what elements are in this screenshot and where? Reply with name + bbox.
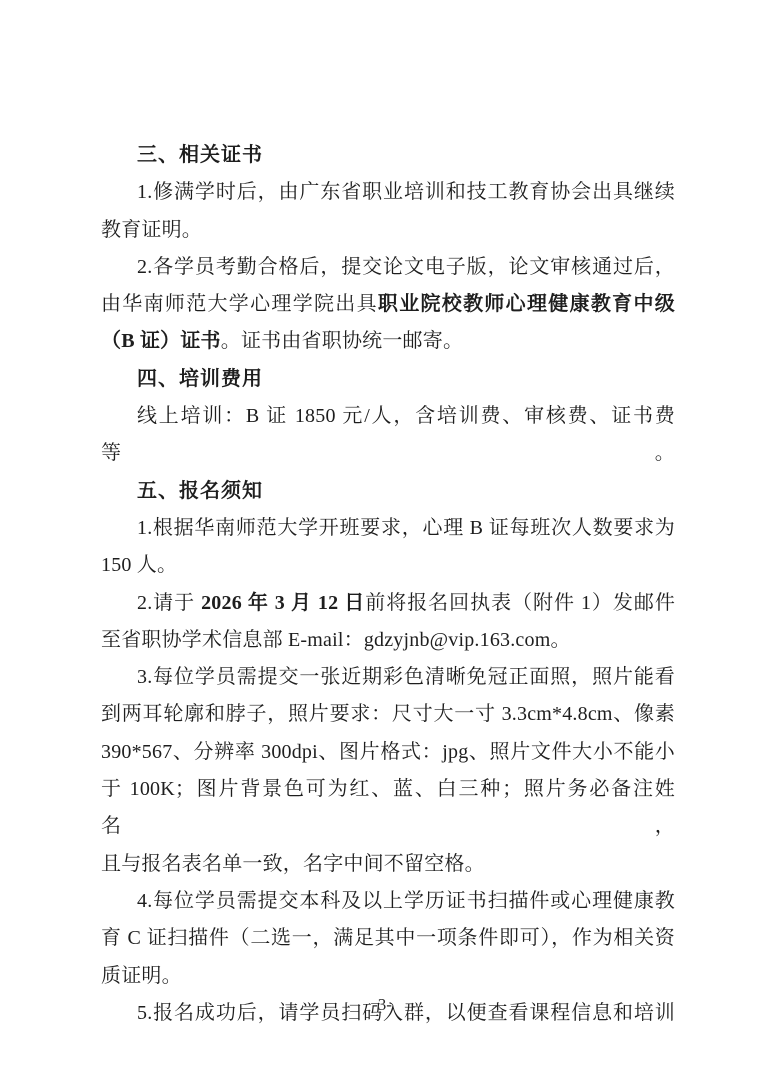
page-number: -3- [0,993,764,1017]
body-text: 150 人。 [101,554,177,576]
text-line: 线上培训：B 证 1850 元/人，含培训费、审核费、证书费等。 [101,398,675,473]
body-text: 且与报名表名单一致，名字中间不留空格。 [101,853,485,875]
text-line: 2.各学员考勤合格后，提交论文电子版，论文审核通过后， [101,249,675,286]
text-line: 教育证明。 [101,212,675,249]
bold-text: 职业院校教师心理健康教育中级 [378,293,675,315]
text-line: 质证明。 [101,958,675,995]
body-text: 1.修满学时后，由广东省职业培训和技工教育协会出具继续 [137,181,675,203]
text-line: 到两耳轮廓和脖子，照片要求：尺寸大一寸 3.3cm*4.8cm、像素 [101,696,675,733]
body-text: 2.请于 [137,592,201,614]
bold-text: 三、相关证书 [137,144,263,166]
section-heading: 四、培训费用 [101,361,675,398]
body-text: 质证明。 [101,965,182,987]
text-line: 育 C 证扫描件（二选一，满足其中一项条件即可），作为相关资 [101,920,675,957]
text-line: 3.每位学员需提交一张近期彩色清晰免冠正面照，照片能看 [101,659,675,696]
text-line: 150 人。 [101,547,675,584]
section-heading: 五、报名须知 [101,473,675,510]
body-text: 至省职协学术信息部 E-mail：gdzyjnb@vip.163.com。 [101,629,571,651]
text-line: 由华南师范大学心理学院出具职业院校教师心理健康教育中级 [101,286,675,323]
text-line: 4.每位学员需提交本科及以上学历证书扫描件或心理健康教 [101,883,675,920]
text-line: 于 100K；图片背景色可为红、蓝、白三种；照片务必备注姓名， [101,771,675,846]
text-line: 390*567、分辨率 300dpi、图片格式：jpg、照片文件大小不能小 [101,734,675,771]
text-line: 2.请于 2026 年 3 月 12 日前将报名回执表（附件 1）发邮件 [101,585,675,622]
bold-text: 四、培训费用 [137,368,263,390]
body-text: 2.各学员考勤合格后，提交论文电子版，论文审核通过后， [137,256,675,278]
document-body: 三、相关证书1.修满学时后，由广东省职业培训和技工教育协会出具继续教育证明。2.… [101,137,675,1032]
section-heading: 三、相关证书 [101,137,675,174]
body-text: 到两耳轮廓和脖子，照片要求：尺寸大一寸 3.3cm*4.8cm、像素 [101,703,675,725]
body-text: 。证书由省职协统一邮寄。 [221,330,463,352]
body-text: 育 C 证扫描件（二选一，满足其中一项条件即可），作为相关资 [101,927,675,949]
body-text: 1.根据华南师范大学开班要求，心理 B 证每班次人数要求为 [137,517,675,539]
bold-text: 2026 年 3 月 12 日 [201,592,365,614]
text-line: （B 证）证书。证书由省职协统一邮寄。 [101,323,675,360]
body-text: 前将报名回执表（附件 1）发邮件 [365,592,675,614]
document-page: 三、相关证书1.修满学时后，由广东省职业培训和技工教育协会出具继续教育证明。2.… [0,0,764,1080]
body-text: 于 100K；图片背景色可为红、蓝、白三种；照片务必备注姓名， [101,778,675,837]
text-line: 至省职协学术信息部 E-mail：gdzyjnb@vip.163.com。 [101,622,675,659]
text-line: 1.根据华南师范大学开班要求，心理 B 证每班次人数要求为 [101,510,675,547]
body-text: 3.每位学员需提交一张近期彩色清晰免冠正面照，照片能看 [137,666,675,688]
bold-text: （B 证）证书 [101,330,221,352]
text-line: 且与报名表名单一致，名字中间不留空格。 [101,846,675,883]
body-text: 由华南师范大学心理学院出具 [101,293,378,315]
body-text: 线上培训：B 证 1850 元/人，含培训费、审核费、证书费等。 [101,405,675,464]
body-text: 390*567、分辨率 300dpi、图片格式：jpg、照片文件大小不能小 [101,741,675,763]
text-line: 1.修满学时后，由广东省职业培训和技工教育协会出具继续 [101,174,675,211]
body-text: 4.每位学员需提交本科及以上学历证书扫描件或心理健康教 [137,890,675,912]
bold-text: 五、报名须知 [137,480,263,502]
body-text: 教育证明。 [101,219,202,241]
